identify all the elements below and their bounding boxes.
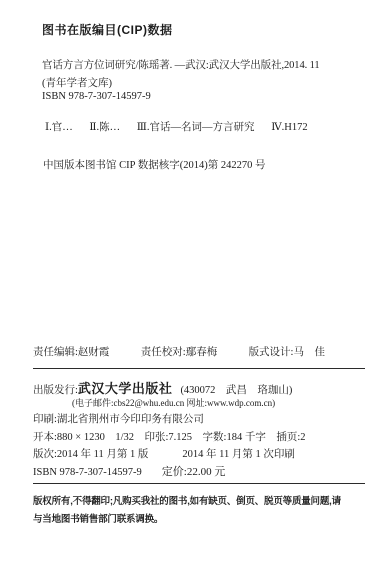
cip-class-item-4: Ⅳ.H172 — [271, 122, 307, 133]
copyright-notice: 版权所有,不得翻印;凡购买我社的图书,如有缺页、倒页、脱页等质量问题,请 与当地… — [33, 493, 368, 529]
staff-designer: 版式设计:马 佳 — [249, 344, 325, 359]
cip-heading: 图书在版编目(CIP)数据 — [42, 21, 173, 38]
printing-info: 2014 年 11 月第 1 次印刷 — [182, 449, 295, 460]
publisher-label: 出版发行: — [33, 385, 78, 396]
staff-proofreader: 责任校对:鄢春梅 — [141, 344, 217, 359]
staff-credits-line: 责任编辑:赵财霞 责任校对:鄢春梅 版式设计:马 佳 — [33, 344, 325, 359]
cip-series-line: (青年学者文库) — [42, 75, 112, 90]
isbn-number: ISBN 978-7-307-14597-9 — [33, 467, 142, 478]
cip-class-item-2: Ⅱ.陈… — [89, 122, 120, 133]
publisher-contact-line: (电子邮件:cbs22@whu.edu.cn 网址:www.wdp.com.cn… — [72, 396, 275, 409]
printer-line: 印刷:湖北省荆州市今印印务有限公司 — [33, 411, 204, 426]
cip-title-line: 官话方言方位词研究/陈瑶著. —武汉:武汉大学出版社,2014. 11 — [42, 57, 320, 72]
copyright-page: 图书在版编目(CIP)数据 官话方言方位词研究/陈瑶著. —武汉:武汉大学出版社… — [0, 0, 375, 565]
staff-editor: 责任编辑:赵财霞 — [33, 344, 109, 359]
cip-class-item-3: Ⅲ.官话—名词—方言研究 — [137, 122, 255, 133]
cip-isbn-line: ISBN 978-7-307-14597-9 — [42, 91, 151, 102]
cip-class-item-1: Ⅰ.官… — [45, 122, 73, 133]
cip-classification-line: Ⅰ.官… Ⅱ.陈… Ⅲ.官话—名词—方言研究 Ⅳ.H172 — [45, 119, 308, 134]
format-line: 开本:880 × 1230 1/32 印张:7.125 字数:184 千字 插页… — [33, 429, 306, 444]
publisher-address: (430072 武昌 珞珈山) — [180, 385, 292, 396]
price: 定价:22.00 元 — [162, 466, 226, 478]
cip-registry-line: 中国版本图书馆 CIP 数据核字(2014)第 242270 号 — [43, 157, 265, 172]
copyright-notice-line-2: 与当地图书销售部门联系调换。 — [33, 511, 368, 529]
divider-top — [33, 368, 365, 369]
publisher-name: 武汉大学出版社 — [78, 381, 173, 396]
divider-bottom — [33, 483, 365, 484]
isbn-price-line: ISBN 978-7-307-14597-9定价:22.00 元 — [33, 463, 225, 479]
edition-info: 版次:2014 年 11 月第 1 版 — [33, 449, 148, 460]
edition-line: 版次:2014 年 11 月第 1 版2014 年 11 月第 1 次印刷 — [33, 446, 295, 461]
copyright-notice-line-1: 版权所有,不得翻印;凡购买我社的图书,如有缺页、倒页、脱页等质量问题,请 — [33, 493, 368, 511]
publisher-line: 出版发行:武汉大学出版社(430072 武昌 珞珈山) — [33, 378, 292, 397]
